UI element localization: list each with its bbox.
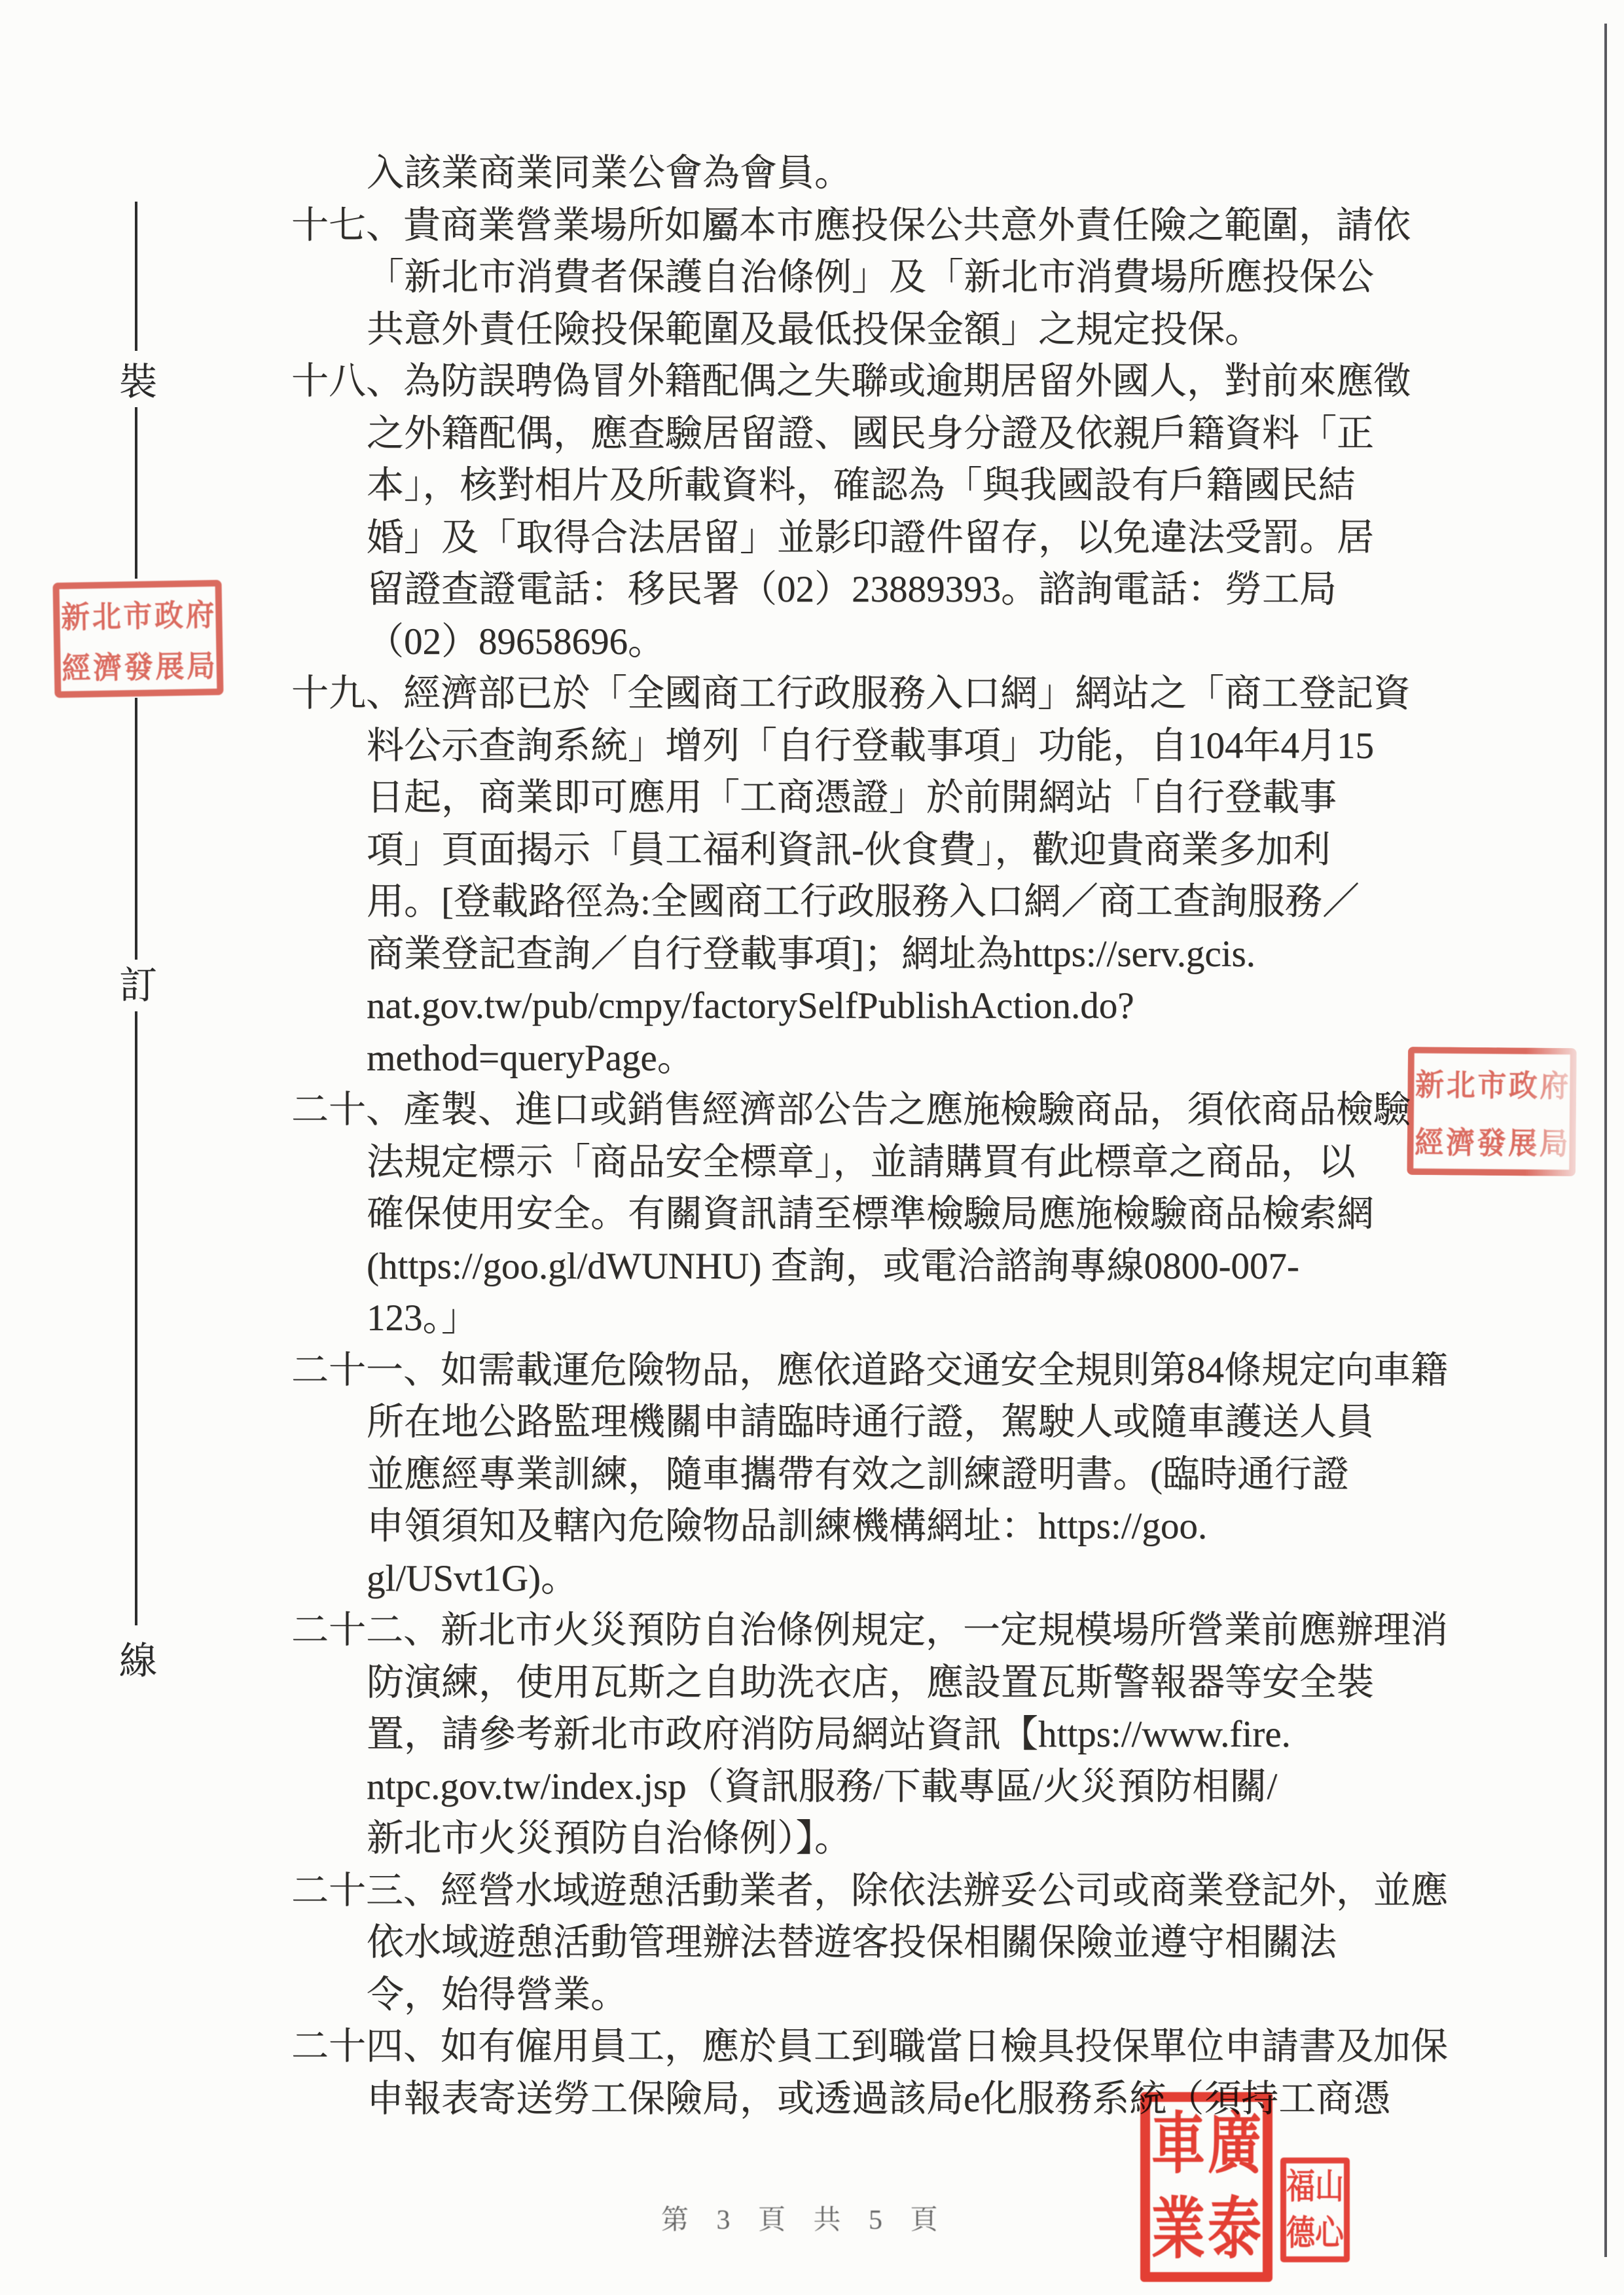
- seal-row: 業泰: [1150, 2203, 1263, 2256]
- seal-character: 福: [1286, 2169, 1315, 2204]
- seal-row: 福山: [1286, 2173, 1344, 2201]
- seal-character: 政: [154, 590, 183, 635]
- seal-character: 經: [1415, 1117, 1444, 1162]
- binding-seal-left: 新北市政府經濟發展局: [52, 580, 223, 698]
- binding-line-segment: [135, 1011, 137, 1625]
- seal-character: 發: [124, 642, 153, 687]
- seal-row: 經濟發展局: [60, 642, 217, 687]
- binding-mark-ding: 訂: [117, 954, 160, 1009]
- text-line: 申領須知及轄內危險物品訓練機構網址：https://goo.: [291, 1500, 1463, 1553]
- seal-character: 政: [1509, 1061, 1538, 1106]
- text-line: 123。」: [291, 1292, 1463, 1345]
- text-line: 十七、貴商業營業場所如屬本市應投保公共意外責任險之範圍，請依: [291, 200, 1463, 252]
- seal-row: 新北市政府: [1414, 1061, 1570, 1104]
- text-line: 防演練，使用瓦斯之自助洗衣店，應設置瓦斯警報器等安全裝: [291, 1657, 1463, 1709]
- text-line: 二十一、如需載運危險物品，應依道路交通安全規則第84條規定向車籍: [291, 1345, 1463, 1397]
- text-line: 項」頁面揭示「員工福利資訊-伙食費」，歡迎貴商業多加利: [291, 824, 1463, 876]
- seal-character: 府: [185, 590, 215, 634]
- text-line: 置，請參考新北市政府消防局網站資訊【https://www.fire.: [291, 1708, 1463, 1761]
- text-line: ntpc.gov.tw/index.jsp（資訊服務/下載專區/火災預防相關/: [291, 1761, 1463, 1813]
- text-line: 入該業商業同業公會為會員。: [291, 147, 1463, 200]
- seal-character: 泰: [1208, 2196, 1261, 2264]
- seal-row: 新北市政府: [60, 591, 216, 636]
- name-seal: 福山德心: [1280, 2158, 1350, 2262]
- text-line: 二十、產製、進口或銷售經濟部公告之應施檢驗商品，須依商品檢驗: [291, 1084, 1463, 1136]
- binding-mark-zhuang: 裝: [117, 351, 160, 406]
- text-line: 「新北市消費者保護自治條例」及「新北市消費場所應投保公: [291, 251, 1463, 304]
- text-line: 共意外責任險投保範圍及最低投保金額」之規定投保。: [291, 304, 1463, 356]
- text-line: method=queryPage。: [291, 1032, 1463, 1085]
- seal-character: 北: [1446, 1060, 1475, 1105]
- seal-character: 局: [186, 641, 215, 685]
- binding-mark-xian: 線: [117, 1630, 160, 1685]
- text-line: （02）89658696。: [291, 616, 1463, 668]
- seal-character: 展: [1508, 1119, 1538, 1163]
- seal-character: 濟: [1446, 1118, 1475, 1163]
- text-line: 日起，商業即可應用「工商憑證」於前開網站「自行登載事: [291, 772, 1463, 824]
- text-line: 之外籍配偶，應查驗居留證、國民身分證及依親戶籍資料「正: [291, 408, 1463, 460]
- seal-character: 府: [1540, 1061, 1569, 1106]
- binding-seal-right: 新北市政府經濟發展局: [1407, 1047, 1577, 1176]
- text-line: 十八、為防誤聘偽冒外籍配偶之失聯或逾期居留外國人，對前來應徵: [291, 355, 1463, 408]
- seal-character: 市: [1477, 1060, 1507, 1105]
- seal-character: 局: [1539, 1119, 1568, 1163]
- seal-character: 車: [1151, 2111, 1205, 2178]
- seal-character: 廣: [1208, 2111, 1261, 2178]
- seal-character: 新: [61, 592, 90, 637]
- text-line: 二十三、經營水域遊憩活動業者，除依法辦妥公司或商業登記外，並應: [291, 1865, 1463, 1917]
- text-line: 法規定標示「商品安全標章」，並請購買有此標章之商品，以: [291, 1136, 1463, 1189]
- text-line: gl/USvt1G)。: [291, 1553, 1463, 1605]
- seal-character: 新: [1415, 1060, 1445, 1104]
- text-line: 婚」及「取得合法居留」並影印證件留存，以免違法受罰。居: [291, 512, 1463, 564]
- text-line: 十九、經濟部已於「全國商工行政服務入口網」網站之「商工登記資: [291, 668, 1463, 720]
- binding-line-segment: [135, 698, 137, 960]
- page-footer: 第 3 頁 共 5 頁: [661, 2198, 943, 2237]
- text-line: 並應經專業訓練，隨車攜帶有效之訓練證明書。(臨時通行證: [291, 1449, 1463, 1501]
- scan-artifact-line: [1604, 24, 1607, 2257]
- text-line: (https://goo.gl/dWUNHU) 查詢，或電洽諮詢專線0800-0…: [291, 1240, 1463, 1293]
- text-line: 申報表寄送勞工保險局，或透過該局e化服務系統（須持工商憑: [291, 2073, 1463, 2125]
- seal-character: 北: [92, 592, 121, 636]
- text-line: 二十四、如有僱用員工，應於員工到職當日檢具投保單位申請書及加保: [291, 2021, 1463, 2073]
- text-line: 用。[登載路徑為:全國商工行政服務入口網／商工查詢服務／: [291, 876, 1463, 928]
- text-line: 新北市火災預防自治條例）】。: [291, 1813, 1463, 1865]
- document-body: 入該業商業同業公會為會員。十七、貴商業營業場所如屬本市應投保公共意外責任險之範圍…: [291, 147, 1463, 2125]
- seal-character: 經: [62, 643, 91, 688]
- seal-character: 心: [1315, 2216, 1344, 2250]
- seal-character: 業: [1151, 2196, 1205, 2264]
- text-line: 留證查證電話：移民署（02）23889393。諮詢電話：勞工局: [291, 564, 1463, 616]
- scanned-document-page: 裝 訂 線 入該業商業同業公會為會員。十七、貴商業營業場所如屬本市應投保公共意外…: [0, 0, 1624, 2295]
- binding-line-segment: [135, 407, 137, 579]
- seal-character: 發: [1477, 1118, 1506, 1163]
- text-line: 令，始得營業。: [291, 1969, 1463, 2021]
- seal-character: 濟: [92, 643, 122, 687]
- text-line: nat.gov.tw/pub/cmpy/factorySelfPublishAc…: [291, 980, 1463, 1032]
- text-line: 依水域遊憩活動管理辦法替遊客投保相關保險並遵守相關法: [291, 1917, 1463, 1969]
- seal-row: 經濟發展局: [1413, 1119, 1570, 1162]
- seal-row: 德心: [1286, 2219, 1344, 2248]
- seal-row: 車廣: [1150, 2118, 1263, 2171]
- binding-line-segment: [135, 202, 137, 351]
- text-line: 料公示查詢系統」增列「自行登載事項」功能，自104年4月15: [291, 720, 1463, 772]
- seal-character: 德: [1286, 2216, 1315, 2250]
- text-line: 所在地公路監理機關申請臨時通行證，駕駛人或隨車護送人員: [291, 1396, 1463, 1449]
- text-line: 二十二、新北市火災預防自治條例規定，一定規模場所營業前應辦理消: [291, 1604, 1463, 1657]
- seal-character: 市: [123, 591, 153, 636]
- text-line: 確保使用安全。有關資訊請至標準檢驗局應施檢驗商品檢索網: [291, 1188, 1463, 1240]
- text-line: 商業登記查詢／自行登載事項]；網址為https://serv.gcis.: [291, 928, 1463, 981]
- shop-seal-guangtai: 車廣業泰: [1140, 2092, 1272, 2282]
- seal-character: 山: [1315, 2169, 1344, 2204]
- seal-character: 展: [155, 642, 185, 686]
- text-line: 本」，核對相片及所載資料，確認為「與我國設有戶籍國民結: [291, 460, 1463, 512]
